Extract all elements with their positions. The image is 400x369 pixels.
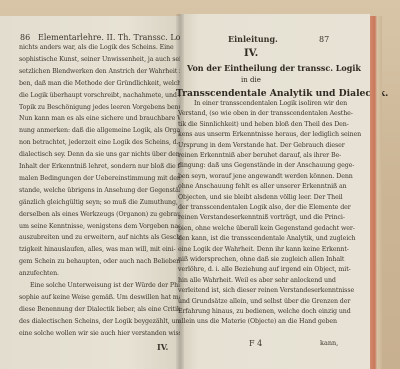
text-line: des dialectischen Scheins, der Logik bey… xyxy=(19,319,194,325)
text-line: Eine solche Unterweisung ist der Würde d… xyxy=(30,283,188,289)
text-line: sophie auf keine Weise gemäß. Um deswill… xyxy=(19,295,186,301)
text-line: gem Schein zu behaupten, oder auch nach … xyxy=(19,259,180,265)
text-line: gänzlich gleichgültig seyn; so muß die Z… xyxy=(19,200,192,206)
text-line: hin alle Wahrheit. Weil es aber sehr anl… xyxy=(178,278,336,284)
section-number: IV. xyxy=(244,48,258,59)
text-line: dialectisch sey. Denn da sie uns gar nic… xyxy=(19,152,180,158)
page-number-right: 87 xyxy=(319,35,329,44)
text-line: pien, ohne welche überall kein Gegenstan… xyxy=(178,226,355,232)
text-line: Inhalt der Erkenntniß lehret, sondern nu… xyxy=(19,164,188,170)
text-line: Objecten, und sie bleibt alsdenn völlig … xyxy=(178,195,343,201)
text-line: um seine Kenntnisse, wenigstens dem Vorg… xyxy=(19,224,187,230)
catchword-left: IV. xyxy=(157,342,168,352)
section-heading-line2: in die xyxy=(241,76,261,84)
text-line: eine Logik der Wahrheit. Denn ihr kann k… xyxy=(178,247,349,253)
text-line: die Logik überhaupt vorschreibt, nachahm… xyxy=(19,93,191,99)
text-line: tik die Sinnlichkeit) und heben bloß den… xyxy=(178,122,349,128)
text-line: setzlichen Blendwerken den Anstrich der … xyxy=(19,69,198,75)
right-page: Einleitung. 87 IV. Von der Eintheilung d… xyxy=(180,14,370,369)
section-heading-line3: Transscendentale Analytik und Dialectik. xyxy=(176,88,388,99)
text-line: anzufechten. xyxy=(19,271,59,277)
text-line: auszubreiten und zu erweitern, auf nicht… xyxy=(19,235,191,241)
text-line: ben seyn, worauf jene angewandt werden k… xyxy=(178,174,353,180)
text-line: kens aus unserm Erkenntnisse heraus, der… xyxy=(178,132,361,138)
page-edges xyxy=(370,16,382,369)
text-line: reinen Erkenntniß aber beruhet darauf, a… xyxy=(178,153,341,159)
running-head-right: Einleitung. xyxy=(228,34,278,44)
text-line: allein uns die Materie (Objecte) an die … xyxy=(178,319,337,325)
text-line: malen Bedingungen der Uebereinstimmung m… xyxy=(19,176,197,182)
text-line: nung anmerken: daß die allgemeine Logik,… xyxy=(19,128,182,134)
text-line: nichts anders war, als die Logik des Sch… xyxy=(19,45,174,51)
text-line: tzigkeit hinauslaufen, alles, was man wi… xyxy=(19,247,176,253)
text-line: ohne Anschauung fehlt es aller unserer E… xyxy=(178,184,347,190)
text-line: Verstand, (so wie oben in der transscend… xyxy=(178,111,353,117)
text-line: der transscendentalen Logik also, der di… xyxy=(178,205,351,211)
text-line: diese Benennung der Dialectik lieber, al… xyxy=(19,307,181,313)
text-line: derselben als eines Werkzeugs (Organon) … xyxy=(19,212,198,218)
text-line: stande, welche übrigens in Ansehung der … xyxy=(19,188,190,194)
page-number-left: 86 xyxy=(20,33,30,42)
catchword-right: kann, xyxy=(320,339,338,347)
text-line: verleitend ist, sich dieser reinen Verst… xyxy=(178,288,354,294)
text-line: und Grundsätze allein, und selbst über d… xyxy=(178,299,350,305)
text-line: niß widersprechen, ohne daß sie zugleich… xyxy=(178,257,344,263)
text-line: reinen Verstandeserkenntniß vorträgt, un… xyxy=(178,215,345,221)
text-line: dingung: daß uns Gegenstände in der Ansc… xyxy=(178,163,354,169)
text-line: ben, daß man die Methode der Gründlichke… xyxy=(19,81,185,87)
text-line: non betrachtet, jederzeit eine Logik des… xyxy=(19,140,184,146)
section-heading-line1: Von der Eintheilung der transsc. Logik xyxy=(187,63,361,73)
signature-mark: F 4 xyxy=(249,339,262,348)
left-page: 86 Elementarlehre. II. Th. Transsc. Logi… xyxy=(0,16,180,369)
text-line: verlöhre, d. i. alle Beziehung auf irgen… xyxy=(178,267,351,273)
text-line: eine solche wollen wir sie auch hier ver… xyxy=(19,331,191,337)
text-line: Erfahrung hinaus, zu bedienen, welche do… xyxy=(178,309,351,315)
text-line: Topik zu Beschönigung jedes leeren Vorge… xyxy=(19,105,196,111)
book-gutter xyxy=(176,14,184,369)
text-line: In einer transscendentalen Logik isolire… xyxy=(194,101,347,107)
running-head-left: Elementarlehre. II. Th. Transsc. Logik. xyxy=(38,33,196,42)
text-line: Ursprung in dem Verstande hat. Der Gebra… xyxy=(178,143,345,149)
text-line: Nun kann man es als eine sichere und bra… xyxy=(19,116,192,122)
text-line: den kann, ist die transscendentale Analy… xyxy=(178,236,356,242)
